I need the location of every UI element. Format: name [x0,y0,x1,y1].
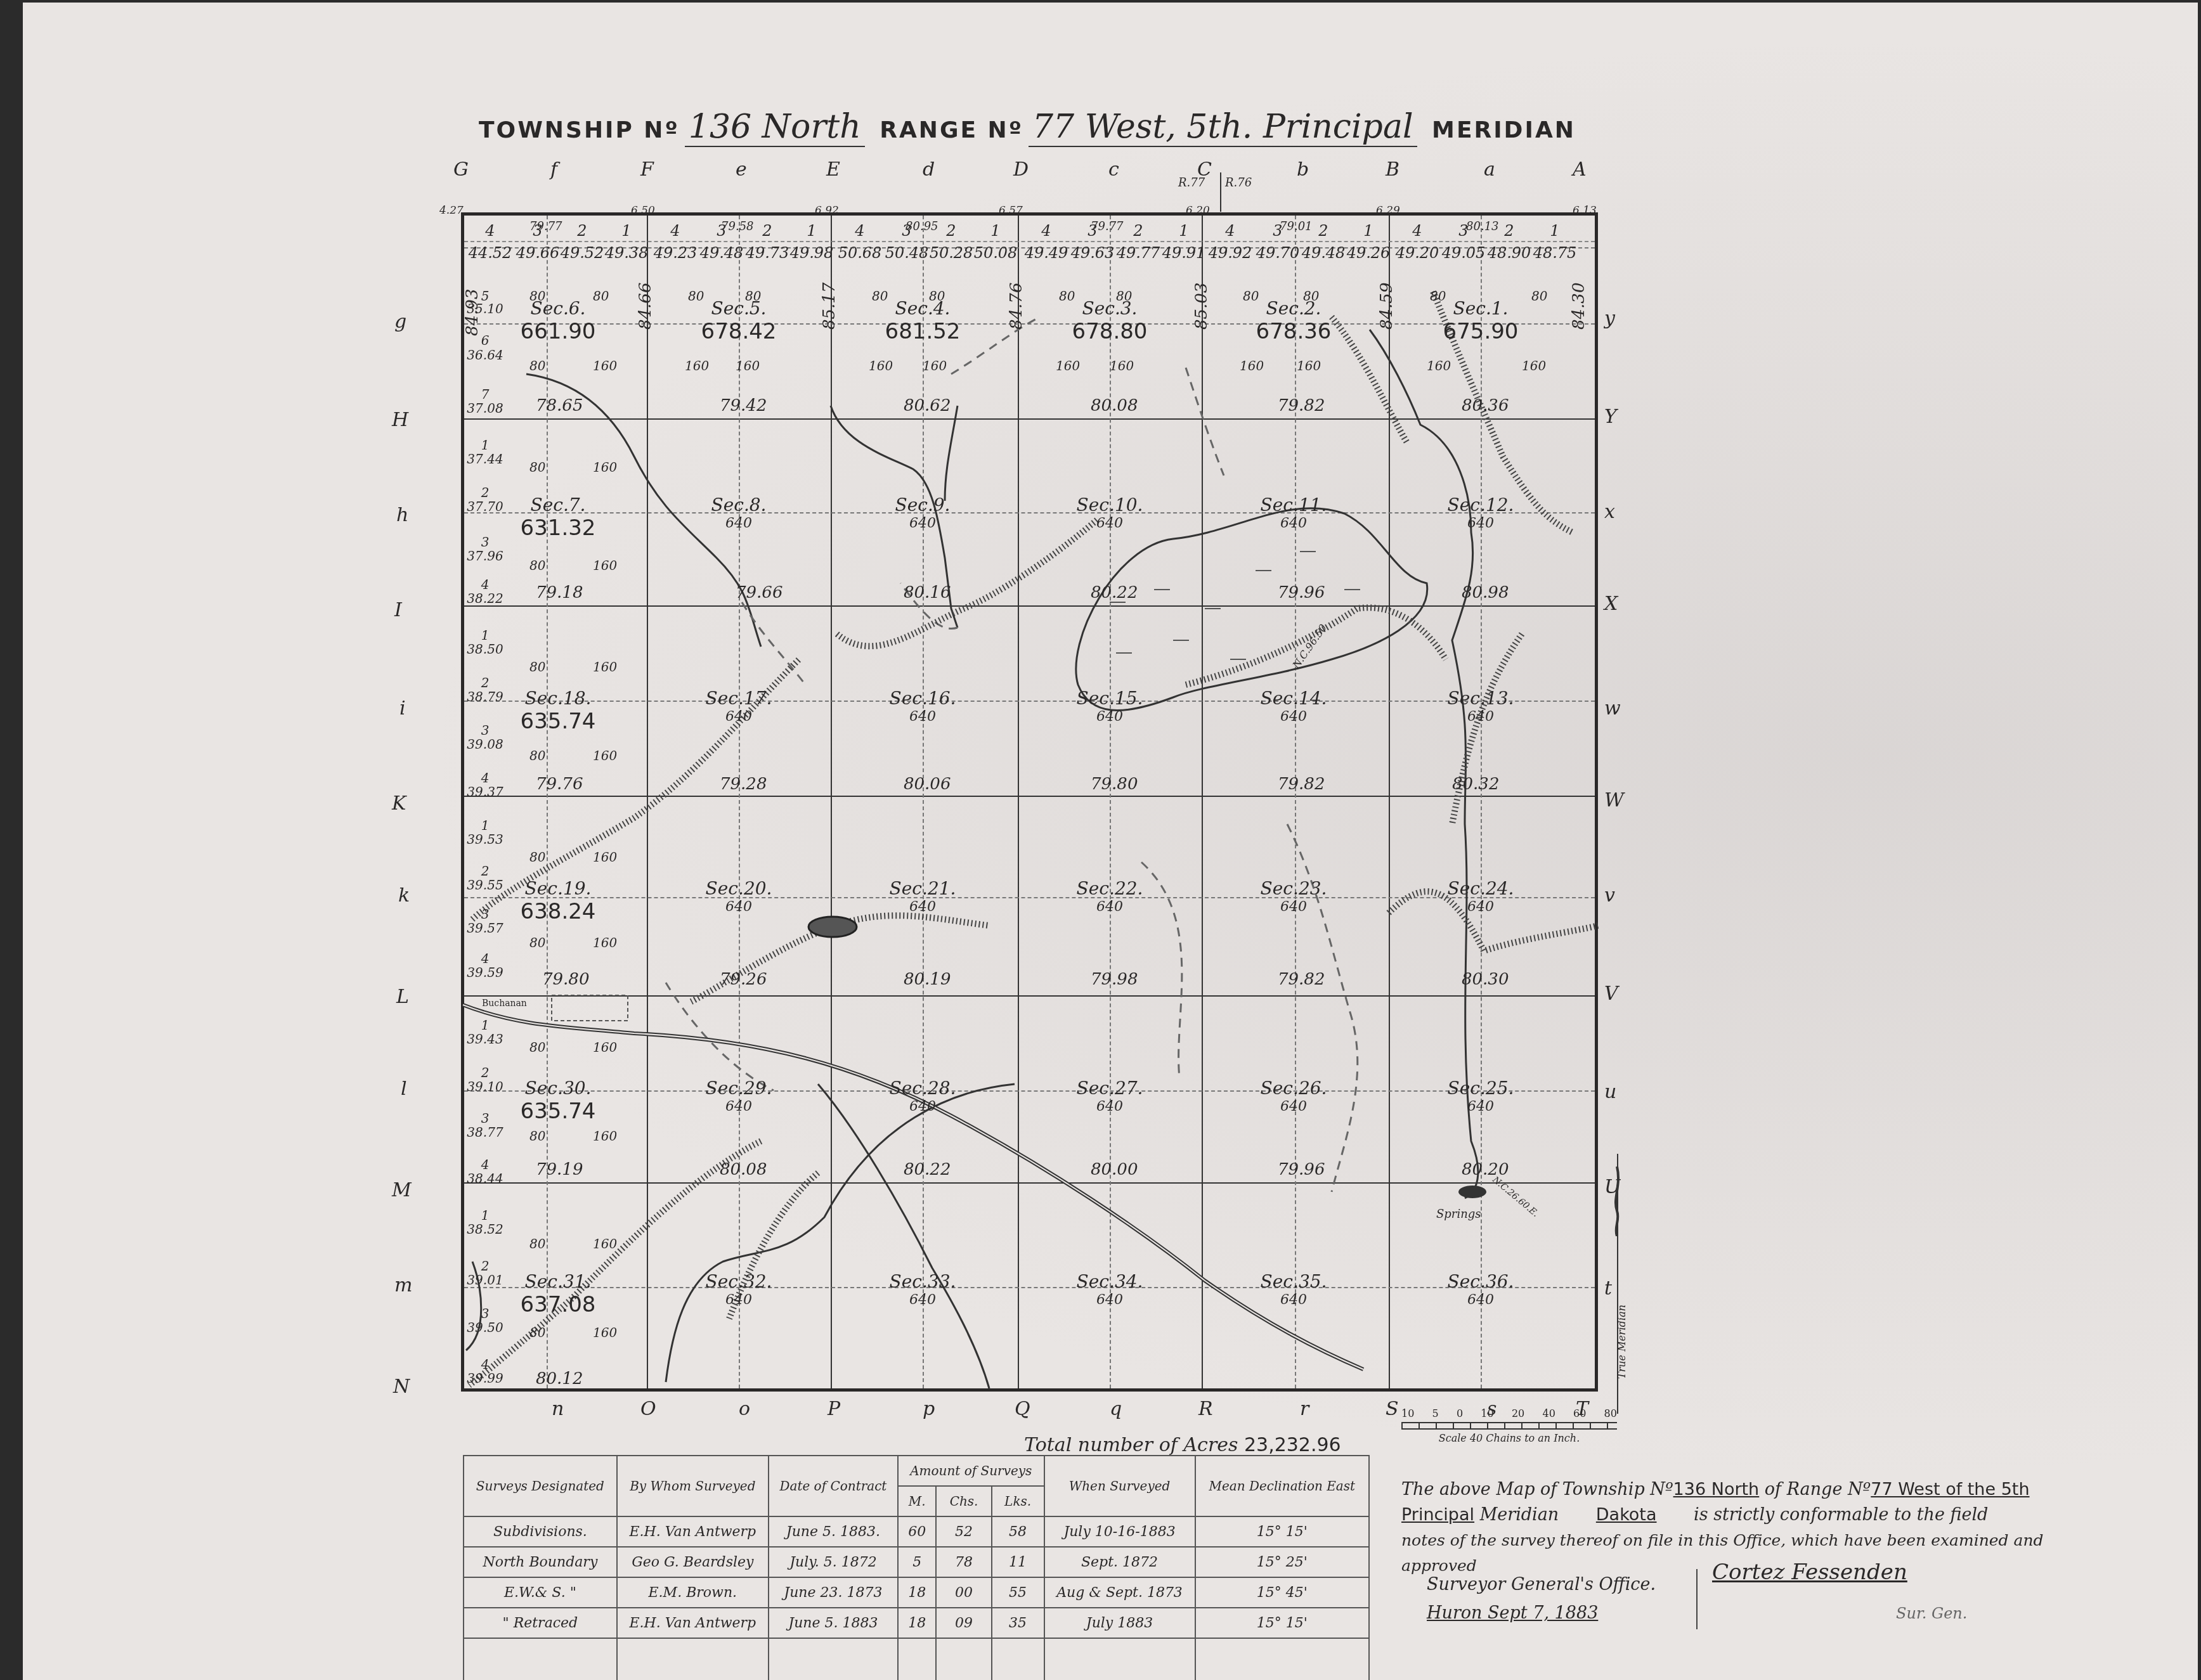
lot-number: 1 [601,222,652,240]
stream-4 [1370,330,1478,1198]
lot-number: 4 [465,222,516,240]
map-label: 675.90 [1389,319,1573,344]
springs-label: Springs [1436,1208,1481,1221]
map-label: 78.65 [536,396,583,415]
map-label: Sec.24. [1389,878,1573,899]
map-label: 160 [1297,358,1321,373]
map-label: H [392,409,408,431]
map-label: 640 [647,1099,831,1115]
section-30: Sec.30.635.74 [466,1078,650,1124]
map-label: 80.62 [904,396,951,415]
map-label: Sec.4. [831,298,1015,319]
lot-area: 49.92 [1205,244,1256,262]
map-label: 160 [593,659,617,675]
map-label: 4 [463,770,507,785]
map-label: E.M. Brown. [617,1577,769,1608]
map-label: 640 [831,709,1015,725]
map-label: Sec.29. [647,1078,831,1099]
section-23: Sec.23.640 [1202,878,1386,915]
map-label: 78 [936,1547,991,1577]
map-label: V [1604,983,1618,1005]
map-label: 160 [923,358,947,373]
section-4: Sec.4.681.52 [831,298,1015,344]
lot-number: 4 [1021,222,1072,240]
map-label: 160 [593,1236,617,1251]
map-label: L [396,986,409,1008]
section-15: Sec.15.640 [1018,688,1202,725]
map-label: 640 [1018,709,1202,725]
map-label: E.H. Van Antwerp [617,1516,769,1547]
map-label: Meridian [1480,1505,1559,1525]
map-label: 640 [1202,1292,1386,1308]
section-21: Sec.21.640 [831,878,1015,915]
map-label: 5 [1432,1407,1439,1419]
map-label: Sec.26. [1202,1078,1386,1099]
map-label: Sec.31. [466,1271,650,1292]
section-13: Sec.13.640 [1389,688,1573,725]
map-label: The above Map of Township Nº [1401,1480,1673,1499]
section-6: Sec.6.661.90 [466,298,650,344]
map-label: n [552,1398,564,1420]
lot-area: 49.66 [512,244,563,262]
map-label: 80.00 [1091,1160,1138,1179]
map-label: 640 [647,899,831,915]
section-7: Sec.7.631.32 [466,494,650,541]
section-26: Sec.26.640 [1202,1078,1386,1115]
map-label: 80 [529,1325,545,1340]
stream-5 [666,1084,1015,1382]
map-label: 640 [831,1099,1015,1115]
lot-area: 48.75 [1529,244,1580,262]
map-label: 80 [688,288,704,304]
map-label: 640 [1018,1292,1202,1308]
map-label: 80 [529,288,545,304]
lot-number: 1 [1529,222,1580,240]
section-28: Sec.28.640 [831,1078,1015,1115]
map-label: 4 [463,577,507,592]
map-label: 80.08 [720,1160,767,1179]
section-19: Sec.19.638.24 [466,878,650,924]
map-label: 640 [1389,1099,1573,1115]
section-22: Sec.22.640 [1018,878,1202,915]
section-32: Sec.32.640 [647,1271,831,1308]
map-label: 640 [831,899,1015,915]
map-label: 631.32 [466,515,650,541]
map-label: M. [898,1486,936,1516]
map-label: 640 [1202,1099,1386,1115]
map-label: Dakota [1564,1505,1689,1525]
lot-number: 1 [1343,222,1394,240]
map-label: 10 [1481,1407,1493,1419]
lot-area: 49.52 [557,244,607,262]
section-17: Sec.17.640 [647,688,831,725]
map-label: 7 [463,387,507,402]
section-29: Sec.29.640 [647,1078,831,1115]
map-label: Sept. 1872 [1044,1547,1195,1577]
map-label: Sec.22. [1018,878,1202,899]
map-label: 79.28 [720,775,767,794]
ridge-6 [1452,634,1522,824]
map-label: 18 [898,1608,936,1638]
map-label: 80 [1531,288,1547,304]
map-label: 678.36 [1202,319,1386,344]
lot-area: 50.28 [926,244,977,262]
map-label: Sec.27. [1018,1078,1202,1099]
town-label-buchanan: Buchanan [482,998,527,1009]
section-36: Sec.36.640 [1389,1271,1573,1308]
map-label: Principal [1401,1505,1474,1525]
map-label: N [393,1376,410,1398]
map-label: 80 [1604,1407,1617,1419]
map-label: 80 [1303,288,1319,304]
map-label: 79.26 [720,970,767,989]
map-label: 5 [898,1547,936,1577]
map-label: Surveys Designated [464,1456,617,1516]
map-label: 38.44 [463,1171,507,1186]
map-label: 80 [529,358,545,373]
map-label: Sec.17. [647,688,831,709]
signer-title: Sur. Gen. [1896,1601,1967,1626]
map-label: 38.50 [463,642,507,657]
map-label: 79.76 [536,775,583,794]
map-label: 80.98 [1462,583,1509,602]
map-label: 23,232.96 [1244,1434,1341,1456]
map-label: 160 [593,935,617,950]
map-label: 80.19 [904,970,951,989]
map-label: June 5. 1883 [769,1608,898,1638]
map-label: 4 [463,1157,507,1172]
map-label: 39.59 [463,965,507,980]
map-label: 160 [736,358,760,373]
ridge-9 [469,1141,761,1385]
map-label: 160 [593,460,617,475]
map-label: 60 [1573,1407,1586,1419]
map-label: 80 [529,460,545,475]
lot-area: 44.52 [465,244,516,262]
lot-area: 49.49 [1021,244,1072,262]
meridian-flourish-icon [1613,1166,1621,1236]
lot-number: 1 [1159,222,1209,240]
map-label: w [1604,697,1621,720]
map-label: 39.08 [463,737,507,752]
map-label: 80 [529,1236,545,1251]
map-label: 80 [529,850,545,865]
chain-value: 79.58 [721,220,754,233]
map-label: 80.20 [1462,1160,1509,1179]
map-label: 678.80 [1018,319,1202,344]
map-label: 38.22 [463,591,507,606]
map-label: X [1604,593,1618,615]
map-label: Sec.5. [647,298,831,319]
map-label: 160 [593,558,617,573]
map-label: Sec.23. [1202,878,1386,899]
table-row: E.W.& S. "E.M. Brown.June 23. 1873180055… [464,1577,1369,1608]
map-label: By Whom Surveyed [617,1456,769,1516]
map-label: P [828,1398,840,1420]
map-label: 79.82 [1278,970,1325,989]
map-label: 80.36 [1462,396,1509,415]
map-label: i [399,697,406,720]
map-label: 638.24 [466,899,650,924]
lot-number: 4 [834,222,885,240]
map-label: E.W.& S. " [464,1577,617,1608]
map-label: 1 [463,1208,507,1223]
map-label: 36.64 [463,347,507,363]
map-label: Sec.8. [647,494,831,515]
map-label: 640 [831,1292,1015,1308]
map-label: m [394,1274,412,1296]
map-label: 635.74 [466,709,650,734]
map-label: 0 [1457,1407,1463,1419]
map-label: 58 [992,1516,1044,1547]
map-label: 18 [898,1577,936,1608]
map-label: 136 North [1673,1480,1760,1499]
map-label: 640 [1202,709,1386,725]
map-label: 79.96 [1278,1160,1325,1179]
map-label: 09 [936,1608,991,1638]
map-label: 80 [745,288,761,304]
map-label: 15° 15' [1195,1608,1369,1638]
section-14: Sec.14.640 [1202,688,1386,725]
section-3: Sec.3.678.80 [1018,298,1202,344]
map-label: Subdivisions. [464,1516,617,1547]
map-label: 79.82 [1278,775,1325,794]
lot-area: 49.48 [1298,244,1349,262]
map-label: 00 [936,1577,991,1608]
table-row: North BoundaryGeo G. BeardsleyJuly. 5. 1… [464,1547,1369,1577]
map-label: Sec.30. [466,1078,650,1099]
map-label: 160 [869,358,893,373]
map-label: 640 [1389,899,1573,915]
section-34: Sec.34.640 [1018,1271,1202,1308]
map-label: 79.42 [720,396,767,415]
map-label: 11 [992,1547,1044,1577]
map-label: 39.99 [463,1371,507,1386]
map-label: 1 [463,437,507,453]
section-27: Sec.27.640 [1018,1078,1202,1115]
lot-area: 50.08 [970,244,1021,262]
lot-area: 49.63 [1067,244,1118,262]
map-label: 2 [463,863,507,879]
map-label: t [1604,1277,1612,1300]
map-label: 160 [593,1040,617,1055]
pond [808,917,857,937]
map-label: 80 [1243,288,1259,304]
map-label: 52 [936,1516,991,1547]
lot-area: 49.98 [786,244,837,262]
chain-value: 80.95 [906,220,938,233]
map-label: 661.90 [466,319,650,344]
lot-number: 4 [1392,222,1443,240]
map-label: Sec.35. [1202,1271,1386,1292]
map-label: Mean Declination East [1195,1456,1369,1516]
section-8: Sec.8.640 [647,494,831,531]
map-label: 79.98 [1091,970,1138,989]
map-label: 79.80 [1091,775,1138,794]
map-label: June 23. 1873 [769,1577,898,1608]
chain-value: 79.77 [1091,220,1124,233]
total-acres: Total number of Acres 23,232.96 [1024,1434,1341,1456]
lot-area: 49.23 [650,244,701,262]
section-20: Sec.20.640 [647,878,831,915]
map-label: " Retraced [464,1608,617,1638]
map-label: Sec.20. [647,878,831,899]
map-label: 77 West of the 5th [1871,1480,2029,1499]
map-label: 80 [529,1040,545,1055]
map-label: 160 [1522,358,1546,373]
map-label: When Surveyed [1044,1456,1195,1516]
map-label: 640 [647,1292,831,1308]
map-label: 160 [593,1325,617,1340]
section-2: Sec.2.678.36 [1202,298,1386,344]
lot-area: 49.70 [1252,244,1303,262]
map-label: 160 [1056,358,1080,373]
map-label: p [923,1398,935,1420]
map-label: Sec.7. [466,494,650,515]
ridge-4 [837,520,1097,646]
lot-area: 48.90 [1484,244,1535,262]
lot-area: 49.26 [1343,244,1394,262]
scale-caption: Scale 40 Chains to an Inch. [1401,1432,1617,1444]
section-31: Sec.31.637.08 [466,1271,650,1317]
map-label: 80 [593,288,609,304]
map-label: Sec.3. [1018,298,1202,319]
map-label: 60 [898,1516,936,1547]
lot-area: 49.91 [1159,244,1209,262]
map-label: Sec.15. [1018,688,1202,709]
map-label: Sec.34. [1018,1271,1202,1292]
map-label: Sec.6. [466,298,650,319]
map-label: 160 [593,748,617,763]
stream-3 [945,406,958,501]
section-1: Sec.1.675.90 [1389,298,1573,344]
map-label: is strictly conformable to the field [1694,1505,1988,1525]
map-label: July 1883 [1044,1608,1195,1638]
lot-number: 1 [970,222,1021,240]
map-label: June 5. 1883. [769,1516,898,1547]
lot-number: 2 [557,222,607,240]
map-label: h [396,504,408,526]
map-label: Amount of Surveys [898,1456,1044,1486]
map-label: 80.12 [536,1369,583,1388]
map-label: l [401,1078,407,1100]
map-label: 160 [593,1128,617,1144]
lot-area: 49.38 [601,244,652,262]
map-label: g [394,311,406,333]
map-label: 1 [463,1018,507,1033]
buchanan-pond [552,995,628,1021]
map-label: 160 [593,850,617,865]
springs-pond [1458,1186,1486,1198]
map-label: v [1604,884,1615,907]
certificate: The above Map of Township Nº136 North of… [1401,1477,2080,1579]
map-label: Q [1015,1398,1030,1420]
map-label: 640 [1389,709,1573,725]
map-label: of Range Nº [1765,1480,1871,1499]
scale-bar: 10501020406080 Scale 40 Chains to an Inc… [1401,1407,1617,1444]
certificate-date: Huron Sept 7, 1883 [1427,1601,1598,1626]
chain-value: 80.13 [1466,220,1499,233]
map-label: 160 [1240,358,1264,373]
map-label: 80.22 [904,1160,951,1179]
map-label: 640 [1202,899,1386,915]
map-label: 15° 15' [1195,1516,1369,1547]
true-meridian-label: True Meridian [1616,1305,1628,1379]
lot-number: 1 [786,222,837,240]
map-label: Sec.19. [466,878,650,899]
map-label: 15° 45' [1195,1577,1369,1608]
map-label: 4 [463,1357,507,1372]
map-label: y [1604,307,1615,330]
map-label: 80 [872,288,888,304]
map-label: Sec.21. [831,878,1015,899]
lot-area: 49.73 [742,244,793,262]
lot-area: 49.05 [1438,244,1489,262]
section-18: Sec.18.635.74 [466,688,650,734]
map-label: M [392,1179,412,1201]
stream-6 [818,1084,989,1388]
map-label: 640 [831,515,1015,531]
map-label: 4 [463,951,507,966]
map-label: 79.96 [1278,583,1325,602]
map-label: Aug & Sept. 1873 [1044,1577,1195,1608]
map-label: o [739,1398,750,1420]
map-label: 80 [1059,288,1075,304]
map-label: Sec.10. [1018,494,1202,515]
map-label: R [1198,1398,1213,1420]
map-label: k [398,884,410,907]
lot-number: 4 [1205,222,1256,240]
section-25: Sec.25.640 [1389,1078,1573,1115]
map-label: 640 [1018,899,1202,915]
map-label: Y [1604,406,1617,428]
map-label: 79.19 [536,1160,583,1179]
lot-area: 49.77 [1113,244,1164,262]
map-label: E.H. Van Antwerp [617,1608,769,1638]
chain-value: 79.01 [1280,220,1313,233]
table-row: " RetracedE.H. Van AntwerpJune 5. 188318… [464,1608,1369,1638]
map-label: July. 5. 1872 [769,1547,898,1577]
map-label: 640 [1202,515,1386,531]
map-label: K [392,792,406,815]
map-label: 39.43 [463,1031,507,1047]
map-label: 55 [992,1577,1044,1608]
lot-number: 4 [650,222,701,240]
section-5: Sec.5.678.42 [647,298,831,344]
map-label: 635.74 [466,1099,650,1124]
map-label: Sec.33. [831,1271,1015,1292]
map-label: 37.08 [463,401,507,416]
map-label: 79.80 [542,970,589,989]
map-label: 39.37 [463,784,507,799]
map-label: q [1110,1398,1122,1420]
map-label: 640 [1018,515,1202,531]
map-label: 681.52 [831,319,1015,344]
map-label: Sec.9. [831,494,1015,515]
table-row [464,1638,1369,1680]
map-label: S [1386,1398,1399,1420]
map-label: Chs. [936,1486,991,1516]
map-label: Date of Contract [769,1456,898,1516]
map-label: 80 [1430,288,1446,304]
map-label: Sec.14. [1202,688,1386,709]
signature-bracket [1696,1569,1698,1629]
map-label: Sec.13. [1389,688,1573,709]
map-label: 678.42 [647,319,831,344]
map-label: Sec.12. [1389,494,1573,515]
section-33: Sec.33.640 [831,1271,1015,1308]
survey-table: Surveys Designated By Whom Surveyed Date… [463,1455,1370,1680]
